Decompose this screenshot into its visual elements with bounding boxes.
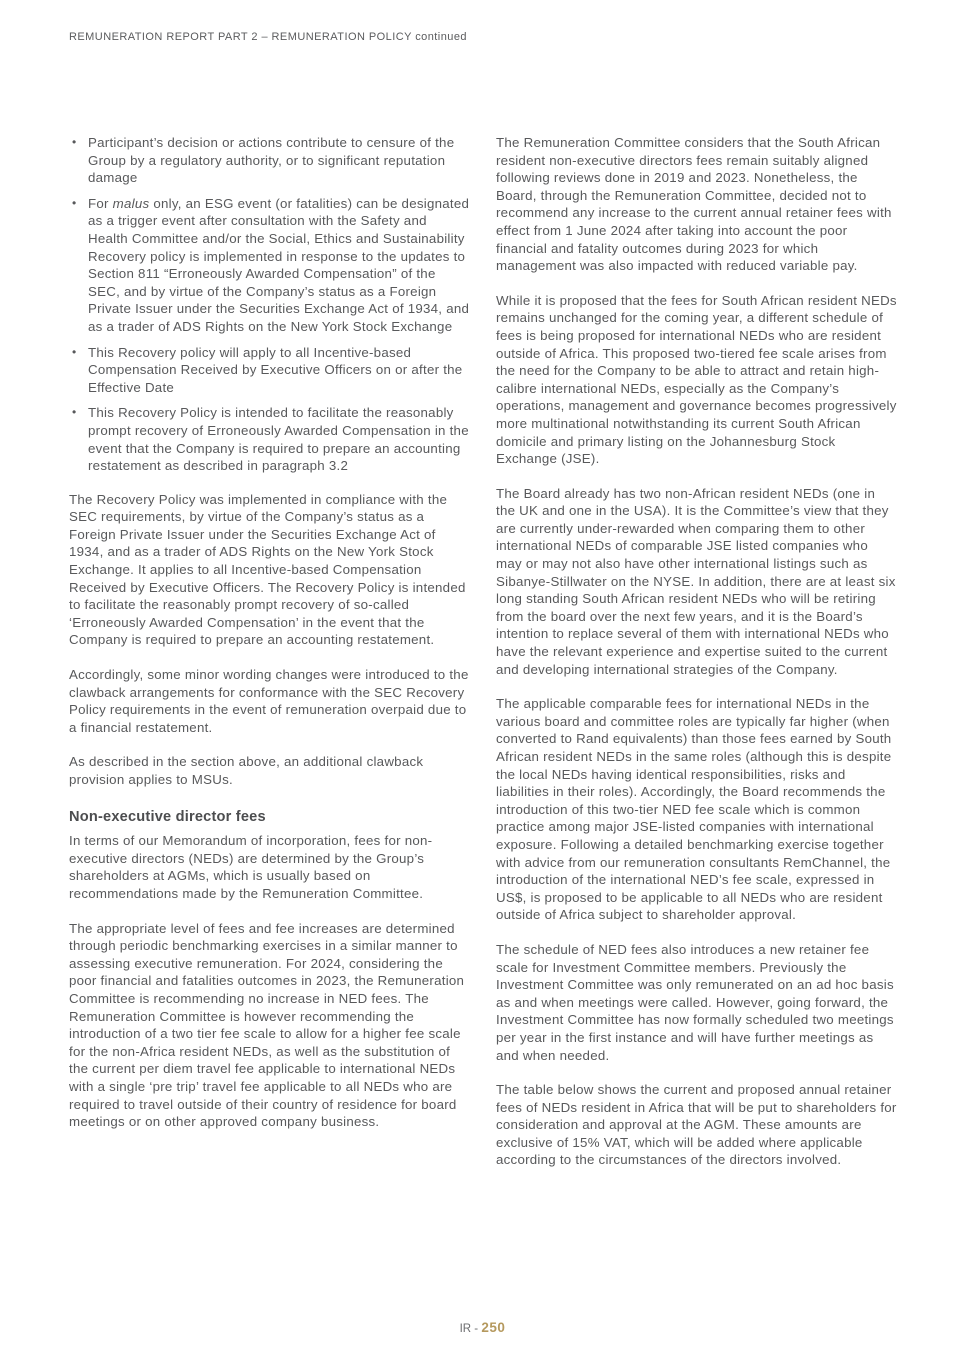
bullet-item: • For malus only, an ESG event (or fatal…: [69, 195, 470, 336]
bullet-marker: •: [72, 134, 76, 152]
running-header: REMUNERATION REPORT PART 2 – REMUNERATIO…: [69, 31, 467, 43]
paragraph: The table below shows the current and pr…: [496, 1081, 897, 1169]
bullet-text-pre: For: [88, 196, 113, 211]
paragraph: The Recovery Policy was implemented in c…: [69, 491, 470, 649]
bullet-text: This Recovery Policy is intended to faci…: [88, 405, 469, 473]
bullet-marker: •: [72, 404, 76, 422]
paragraph: The appropriate level of fees and fee in…: [69, 920, 470, 1131]
page-number: 250: [481, 1320, 505, 1335]
paragraph: The schedule of NED fees also introduces…: [496, 941, 897, 1064]
paragraph: While it is proposed that the fees for S…: [496, 292, 897, 468]
section-heading: Non-executive director fees: [69, 809, 470, 827]
bullet-text-italic: malus: [113, 196, 150, 211]
page-footer: IR - 250: [0, 1320, 965, 1335]
bullet-text: Participant’s decision or actions contri…: [88, 135, 454, 185]
paragraph: In terms of our Memorandum of incorporat…: [69, 832, 470, 902]
document-page: REMUNERATION REPORT PART 2 – REMUNERATIO…: [0, 0, 965, 1365]
paragraph: As described in the section above, an ad…: [69, 753, 470, 788]
right-column: The Remuneration Committee considers tha…: [496, 134, 897, 1186]
bullet-text-post: only, an ESG event (or fatalities) can b…: [88, 196, 469, 334]
bullet-list: • Participant’s decision or actions cont…: [69, 134, 470, 475]
paragraph: Accordingly, some minor wording changes …: [69, 666, 470, 736]
paragraph: The Board already has two non-African re…: [496, 485, 897, 679]
paragraph: The Remuneration Committee considers tha…: [496, 134, 897, 275]
footer-prefix: IR -: [460, 1323, 482, 1335]
bullet-item: • This Recovery Policy is intended to fa…: [69, 404, 470, 474]
bullet-item: • Participant’s decision or actions cont…: [69, 134, 470, 187]
bullet-text: This Recovery policy will apply to all I…: [88, 345, 462, 395]
bullet-marker: •: [72, 195, 76, 213]
bullet-marker: •: [72, 344, 76, 362]
two-column-body: • Participant’s decision or actions cont…: [69, 134, 897, 1186]
left-column: • Participant’s decision or actions cont…: [69, 134, 470, 1186]
paragraph: The applicable comparable fees for inter…: [496, 695, 897, 924]
bullet-item: • This Recovery policy will apply to all…: [69, 344, 470, 397]
